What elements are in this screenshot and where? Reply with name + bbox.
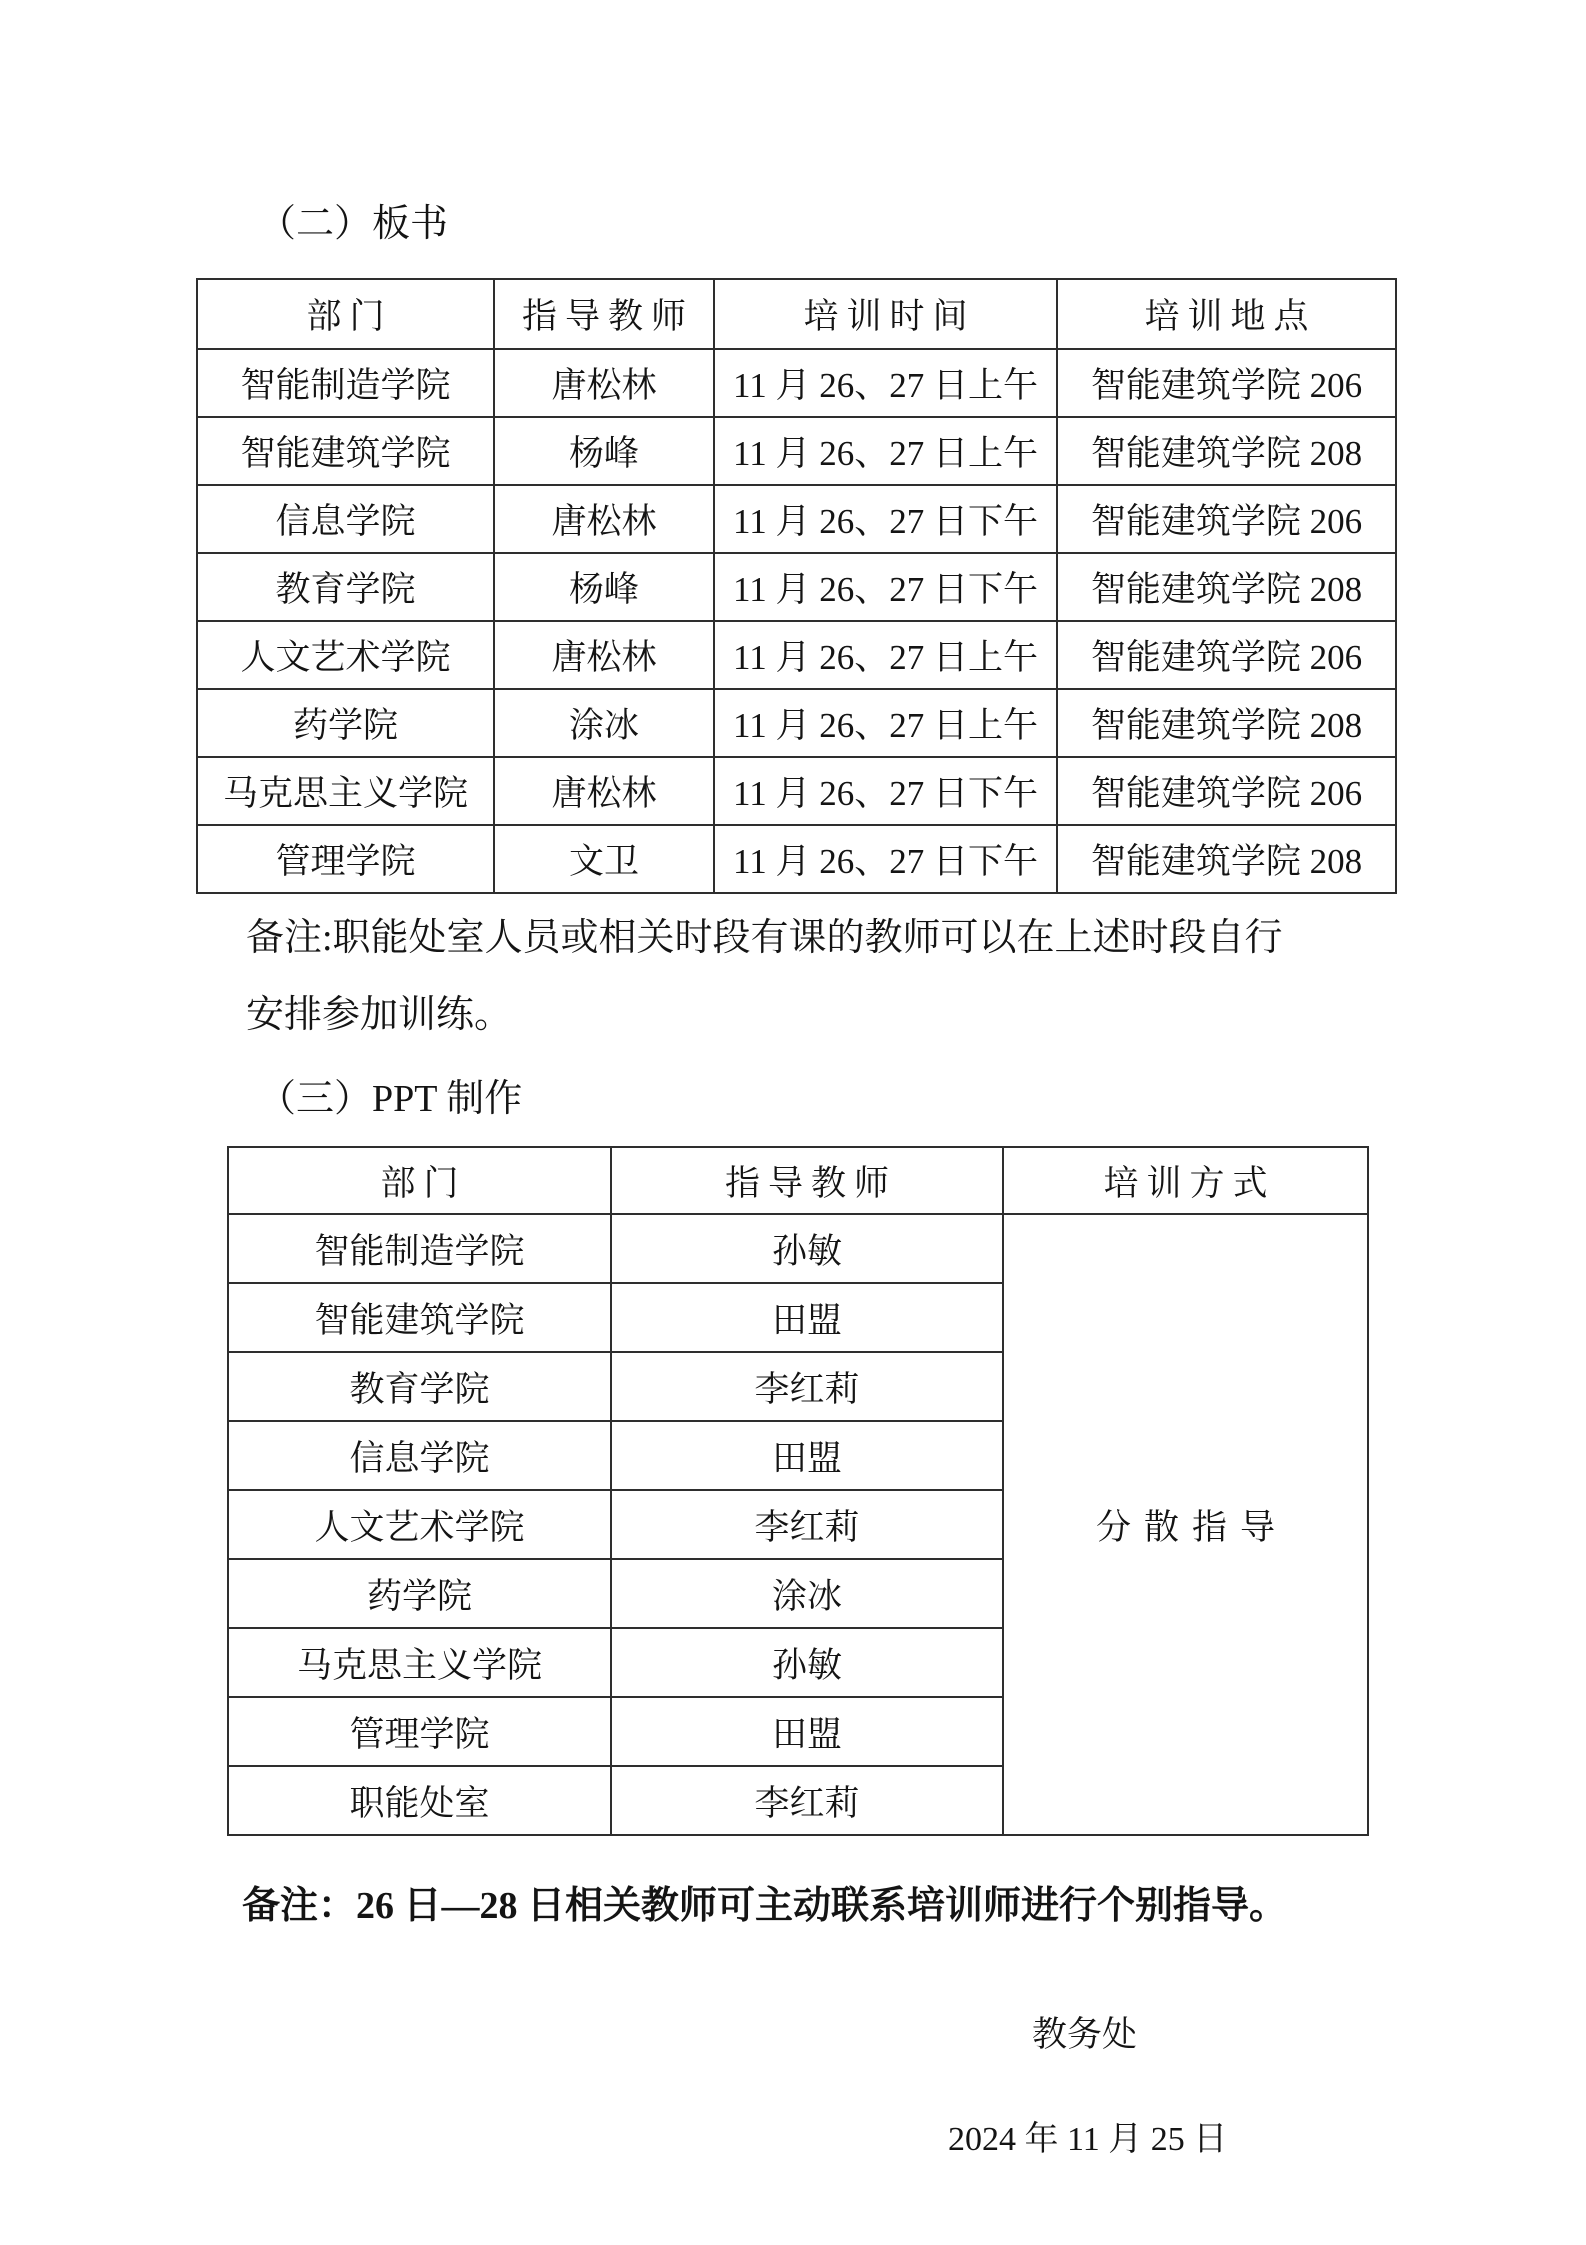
cell-location: 智能建筑学院 208 (1057, 825, 1396, 893)
note-line: 备注:职能处室人员或相关时段有课的教师可以在上述时段自行 (246, 900, 1586, 977)
cell-teacher: 田盟 (611, 1283, 1003, 1352)
cell-dept: 管理学院 (228, 1697, 611, 1766)
cell-dept: 药学院 (228, 1559, 611, 1628)
cell-location: 智能建筑学院 206 (1057, 757, 1396, 825)
table-row: 智能制造学院 唐松林 11 月 26、27 日上午 智能建筑学院 206 (197, 349, 1396, 417)
cell-dept: 智能建筑学院 (228, 1283, 611, 1352)
cell-dept: 药学院 (197, 689, 494, 757)
cell-dept: 马克思主义学院 (197, 757, 494, 825)
header-cell-teacher: 指导教师 (611, 1147, 1003, 1214)
table-row: 信息学院 唐松林 11 月 26、27 日下午 智能建筑学院 206 (197, 485, 1396, 553)
cell-time: 11 月 26、27 日下午 (714, 553, 1057, 621)
cell-teacher: 李红莉 (611, 1766, 1003, 1835)
cell-dept: 教育学院 (197, 553, 494, 621)
table-header-row: 部门 指导教师 培训方式 (228, 1147, 1368, 1214)
table-row: 智能建筑学院 杨峰 11 月 26、27 日上午 智能建筑学院 208 (197, 417, 1396, 485)
table-header-row: 部门 指导教师 培训时间 培训地点 (197, 279, 1396, 349)
cell-location: 智能建筑学院 206 (1057, 485, 1396, 553)
header-cell-dept: 部门 (197, 279, 494, 349)
cell-teacher: 唐松林 (494, 485, 714, 553)
signature-department: 教务处 (1032, 2007, 1586, 2057)
cell-teacher: 田盟 (611, 1697, 1003, 1766)
note-line: 安排参加训练。 (246, 977, 1586, 1054)
section-heading-ppt: （三）PPT 制作 (258, 1078, 1586, 1120)
section-heading-banshu: （二）板书 (258, 0, 1586, 245)
cell-location: 智能建筑学院 206 (1057, 621, 1396, 689)
cell-dept: 教育学院 (228, 1352, 611, 1421)
cell-location: 智能建筑学院 206 (1057, 349, 1396, 417)
cell-location: 智能建筑学院 208 (1057, 417, 1396, 485)
cell-dept: 信息学院 (228, 1421, 611, 1490)
cell-dept: 管理学院 (197, 825, 494, 893)
table-row: 人文艺术学院 唐松林 11 月 26、27 日上午 智能建筑学院 206 (197, 621, 1396, 689)
cell-time: 11 月 26、27 日下午 (714, 485, 1057, 553)
header-cell-teacher: 指导教师 (494, 279, 714, 349)
table-row: 教育学院 杨峰 11 月 26、27 日下午 智能建筑学院 208 (197, 553, 1396, 621)
cell-teacher: 涂冰 (611, 1559, 1003, 1628)
cell-teacher: 李红莉 (611, 1490, 1003, 1559)
header-cell-method: 培训方式 (1003, 1147, 1368, 1214)
note-ppt: 备注：26 日—28 日相关教师可主动联系培训师进行个别指导。 (242, 1868, 1586, 1945)
table-ppt-making: 部门 指导教师 培训方式 智能制造学院 孙敏 分散指导 智能建筑学院 田盟 教育… (227, 1146, 1369, 1836)
cell-dept: 职能处室 (228, 1766, 611, 1835)
signature-date: 2024 年 11 月 25 日 (948, 2111, 1586, 2160)
cell-teacher: 杨峰 (494, 417, 714, 485)
cell-teacher: 孙敏 (611, 1214, 1003, 1283)
document-page: （二）板书 部门 指导教师 培训时间 培训地点 智能制造学院 唐松林 11 月 … (0, 0, 1586, 2245)
note-blackboard: 备注:职能处室人员或相关时段有课的教师可以在上述时段自行 安排参加训练。 (246, 900, 1586, 1054)
header-cell-dept: 部门 (228, 1147, 611, 1214)
cell-time: 11 月 26、27 日上午 (714, 621, 1057, 689)
cell-teacher: 田盟 (611, 1421, 1003, 1490)
header-cell-location: 培训地点 (1057, 279, 1396, 349)
cell-dept: 信息学院 (197, 485, 494, 553)
table-row: 管理学院 文卫 11 月 26、27 日下午 智能建筑学院 208 (197, 825, 1396, 893)
cell-time: 11 月 26、27 日下午 (714, 757, 1057, 825)
cell-dept: 智能制造学院 (228, 1214, 611, 1283)
cell-teacher: 杨峰 (494, 553, 714, 621)
cell-location: 智能建筑学院 208 (1057, 689, 1396, 757)
cell-teacher: 孙敏 (611, 1628, 1003, 1697)
cell-time: 11 月 26、27 日上午 (714, 349, 1057, 417)
cell-dept: 马克思主义学院 (228, 1628, 611, 1697)
cell-dept: 智能建筑学院 (197, 417, 494, 485)
table-row: 药学院 涂冰 11 月 26、27 日上午 智能建筑学院 208 (197, 689, 1396, 757)
cell-teacher: 唐松林 (494, 349, 714, 417)
cell-dept: 人文艺术学院 (197, 621, 494, 689)
cell-training-method: 分散指导 (1003, 1214, 1368, 1835)
cell-time: 11 月 26、27 日上午 (714, 417, 1057, 485)
header-cell-time: 培训时间 (714, 279, 1057, 349)
cell-teacher: 文卫 (494, 825, 714, 893)
table-blackboard-writing: 部门 指导教师 培训时间 培训地点 智能制造学院 唐松林 11 月 26、27 … (196, 278, 1397, 894)
cell-teacher: 唐松林 (494, 621, 714, 689)
cell-time: 11 月 26、27 日上午 (714, 689, 1057, 757)
cell-teacher: 李红莉 (611, 1352, 1003, 1421)
table-row: 马克思主义学院 唐松林 11 月 26、27 日下午 智能建筑学院 206 (197, 757, 1396, 825)
cell-time: 11 月 26、27 日下午 (714, 825, 1057, 893)
cell-dept: 人文艺术学院 (228, 1490, 611, 1559)
cell-dept: 智能制造学院 (197, 349, 494, 417)
cell-teacher: 唐松林 (494, 757, 714, 825)
table-row: 智能制造学院 孙敏 分散指导 (228, 1214, 1368, 1283)
cell-location: 智能建筑学院 208 (1057, 553, 1396, 621)
cell-teacher: 涂冰 (494, 689, 714, 757)
